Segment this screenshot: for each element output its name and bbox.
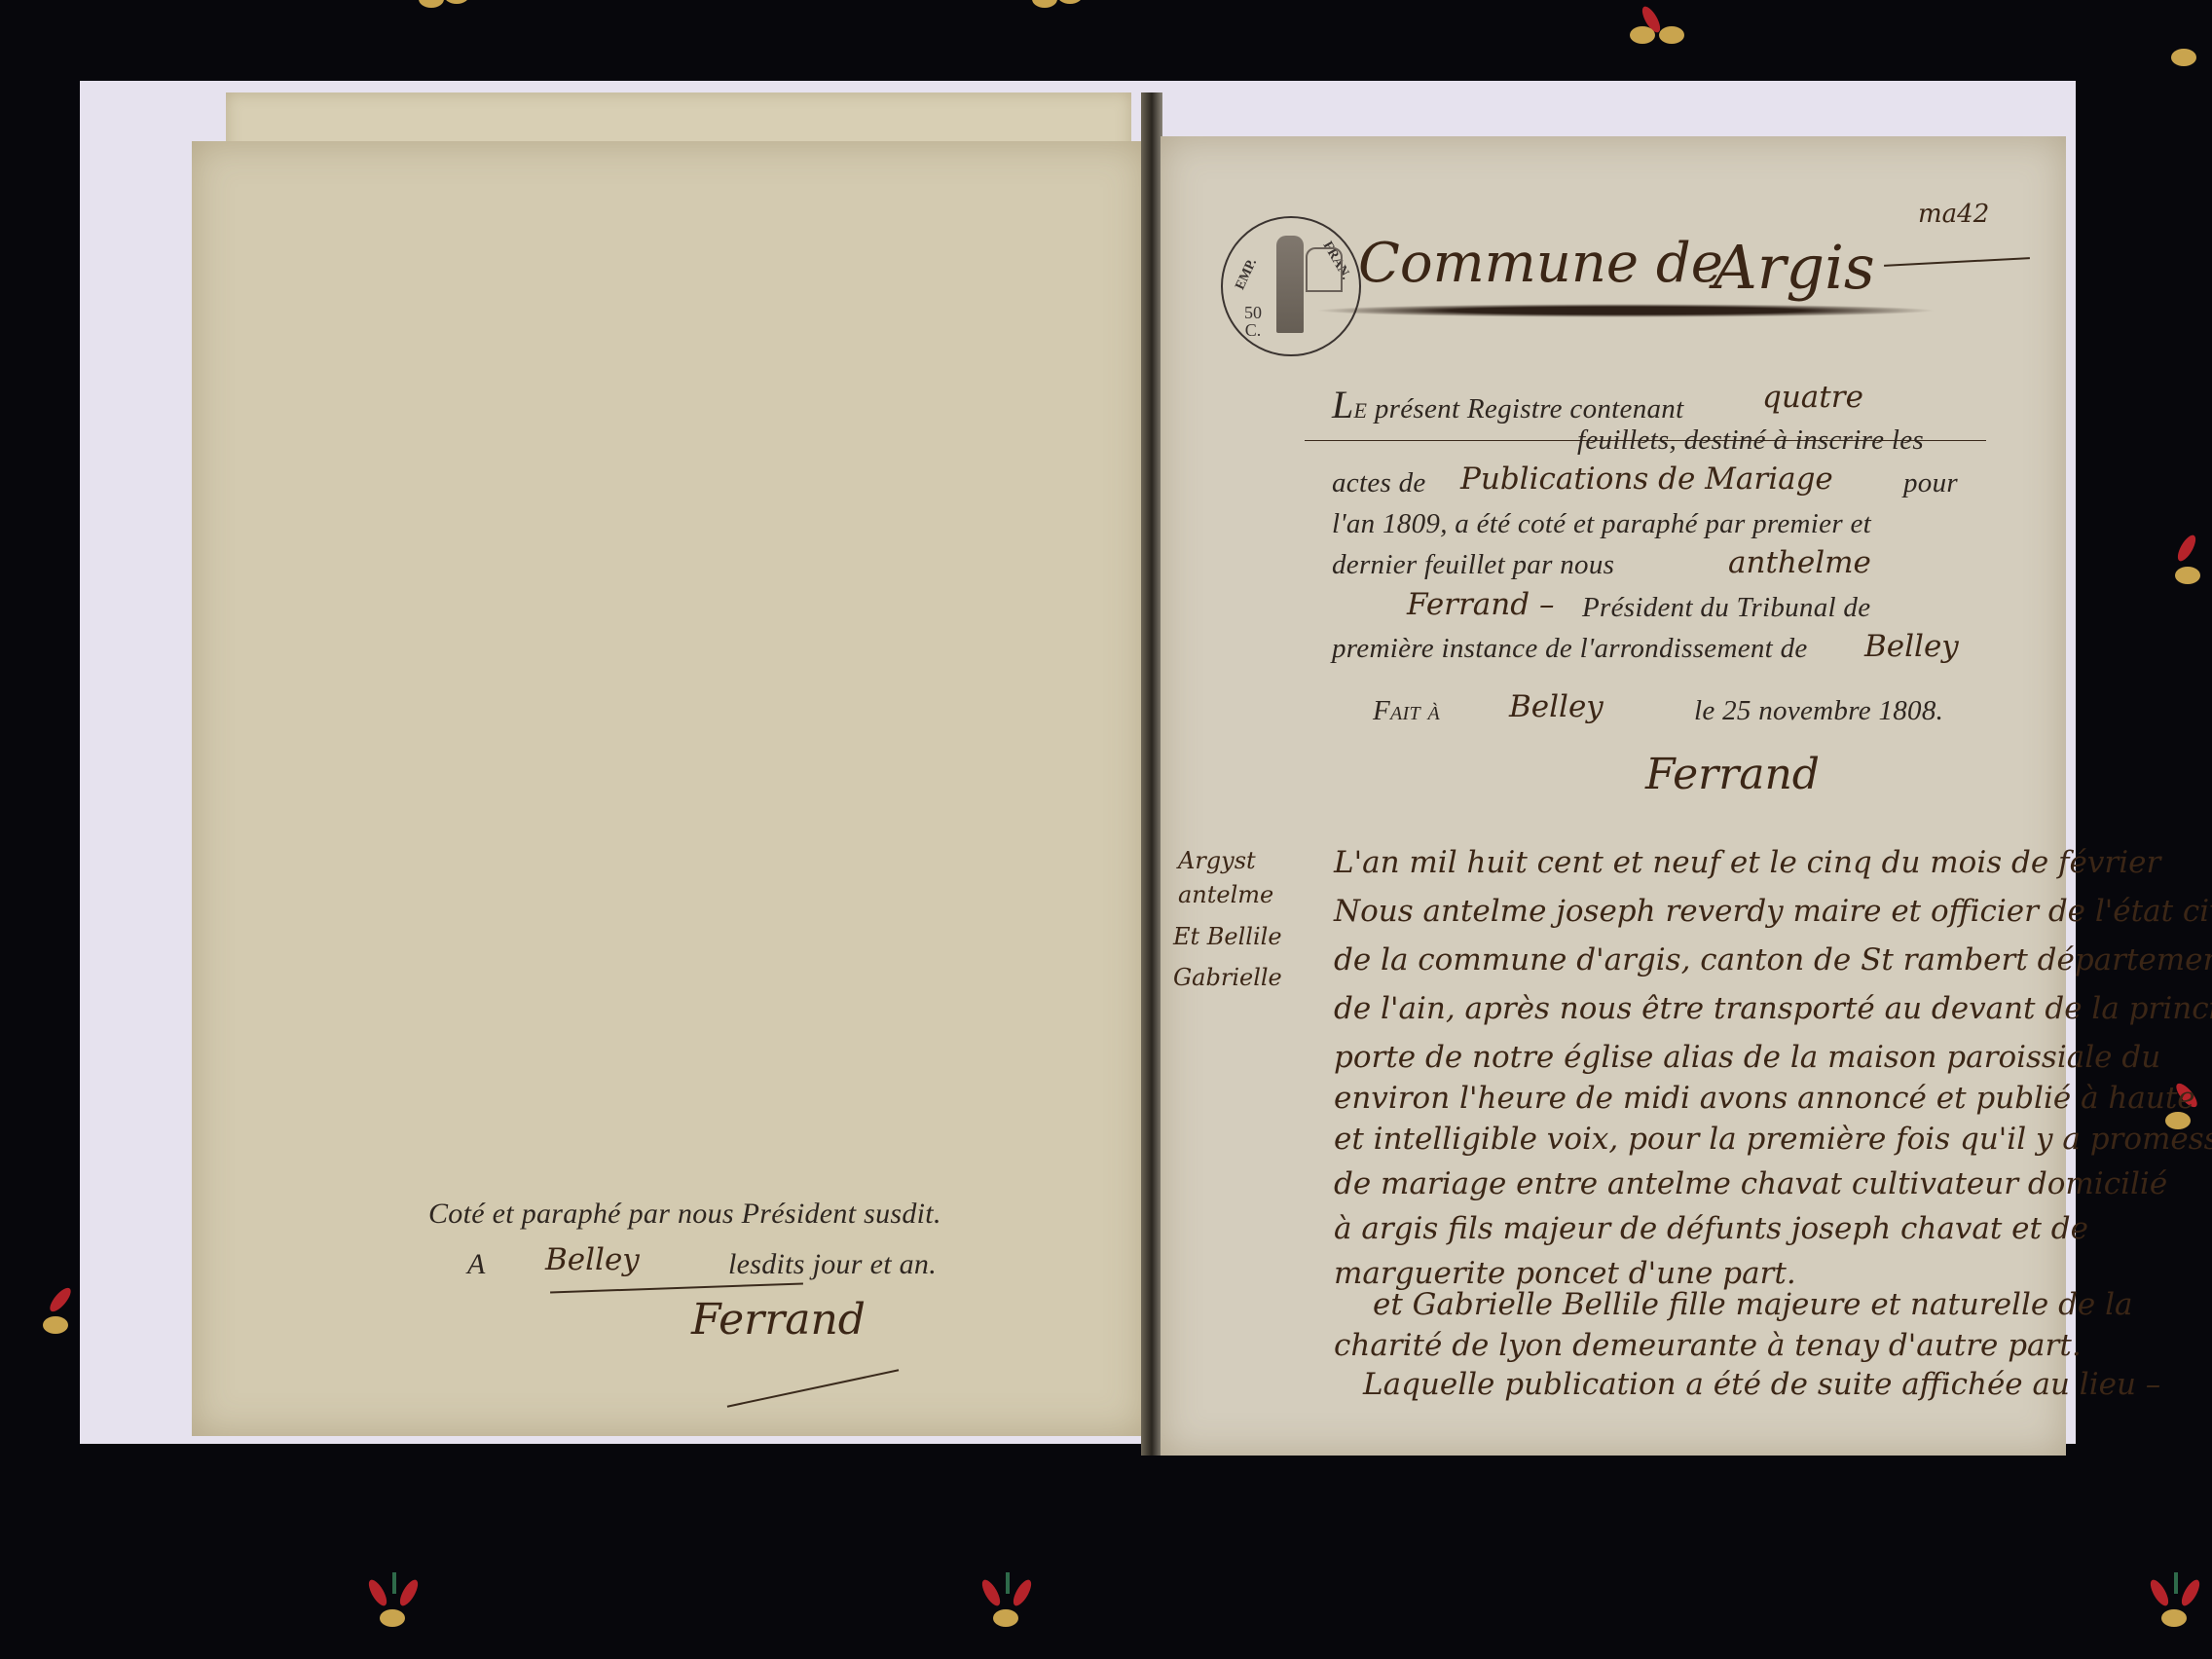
- president-firstname-handwritten: anthelme: [1728, 545, 1871, 580]
- cloth-flower-motif: [2171, 545, 2212, 594]
- act-line: L'an mil huit cent et neuf et le cinq du…: [1334, 845, 2160, 880]
- left-page-certification-line: Coté et paraphé par nous Président susdi…: [428, 1198, 941, 1231]
- preamble-line-3b: pour: [1903, 467, 1958, 499]
- cloth-flower-motif: [2161, 39, 2212, 88]
- act-line: de mariage entre antelme chavat cultivat…: [1334, 1166, 2167, 1201]
- left-page-a-label: A: [467, 1248, 486, 1281]
- act-line: charité de lyon demeurante à tenay d'aut…: [1334, 1328, 2082, 1363]
- act-line: Laquelle publication a été de suite affi…: [1363, 1367, 2160, 1402]
- stamp-value: 50 C.: [1244, 304, 1262, 339]
- sheet-count-handwritten: quatre: [1762, 380, 1863, 415]
- stamp-figure-icon: [1276, 236, 1304, 333]
- margin-note: Et Bellile: [1173, 923, 1282, 950]
- preamble-line-6: Président du Tribunal de: [1582, 592, 1870, 624]
- act-line: à argis fils majeur de défunts joseph ch…: [1334, 1211, 2088, 1246]
- heading-commune-de: Commune de: [1358, 232, 1723, 295]
- act-line: de la commune d'argis, canton de St ramb…: [1334, 942, 2212, 977]
- book-gutter: [1141, 92, 1162, 1456]
- act-line: environ l'heure de midi avons annoncé et…: [1334, 1081, 2195, 1116]
- cloth-flower-motif: [1022, 0, 1090, 29]
- preamble-line-3a: actes de: [1332, 467, 1426, 499]
- cloth-flower-motif: [1626, 5, 1694, 54]
- stamp-left-text: EMP.: [1233, 257, 1261, 293]
- act-line: Nous antelme joseph reverdy maire et off…: [1334, 894, 2212, 929]
- cloth-flower-motif: [360, 1582, 428, 1631]
- act-line: et Gabrielle Bellile fille majeure et na…: [1373, 1287, 2133, 1322]
- preamble-line-4: l'an 1809, a été coté et paraphé par pre…: [1332, 508, 1871, 540]
- heading-flourish: [1314, 304, 1937, 317]
- preamble-line-2: feuillets, destiné à inscrire les: [1577, 424, 1924, 457]
- cloth-flower-motif: [409, 0, 477, 29]
- act-line: et intelligible voix, pour la première f…: [1334, 1122, 2212, 1157]
- president-surname-handwritten: Ferrand –: [1407, 587, 1554, 622]
- cloth-flower-motif: [974, 1582, 1042, 1631]
- stamp-tablets-icon: [1306, 247, 1343, 292]
- left-page-date-line: lesdits jour et an.: [728, 1248, 937, 1281]
- margin-note: Gabrielle: [1173, 964, 1282, 991]
- act-line: marguerite poncet d'une part.: [1334, 1256, 1796, 1291]
- left-page-signature: Ferrand: [691, 1295, 866, 1345]
- fait-place-handwritten: Belley: [1509, 689, 1604, 724]
- margin-note: antelme: [1178, 881, 1273, 908]
- left-page-place-handwritten: Belley: [545, 1242, 640, 1277]
- left-page: [192, 141, 1146, 1436]
- corner-note: ma42: [1918, 200, 1989, 229]
- preamble-line-7: première instance de l'arrondissement de: [1332, 633, 1808, 665]
- preamble-line-5: dernier feuillet par nous: [1332, 549, 1614, 581]
- tax-stamp-50-centimes: EMP. FRAN. 50 C.: [1221, 216, 1361, 356]
- act-line: porte de notre église alias de la maison…: [1334, 1040, 2160, 1075]
- arrondissement-handwritten: Belley: [1864, 629, 1959, 664]
- margin-note: Argyst: [1178, 847, 1256, 874]
- act-line: de l'ain, après nous être transporté au …: [1334, 991, 2212, 1026]
- fait-a-label: Fait à: [1373, 695, 1440, 727]
- fait-date: le 25 novembre 1808.: [1694, 695, 1943, 727]
- preamble-line-1: LE présent Registre contenant: [1332, 382, 1683, 427]
- cloth-flower-motif: [2142, 1582, 2210, 1631]
- heading-commune-name: Argis: [1714, 232, 1875, 303]
- president-signature: Ferrand: [1645, 750, 1820, 799]
- register-type-handwritten: Publications de Mariage: [1460, 461, 1833, 497]
